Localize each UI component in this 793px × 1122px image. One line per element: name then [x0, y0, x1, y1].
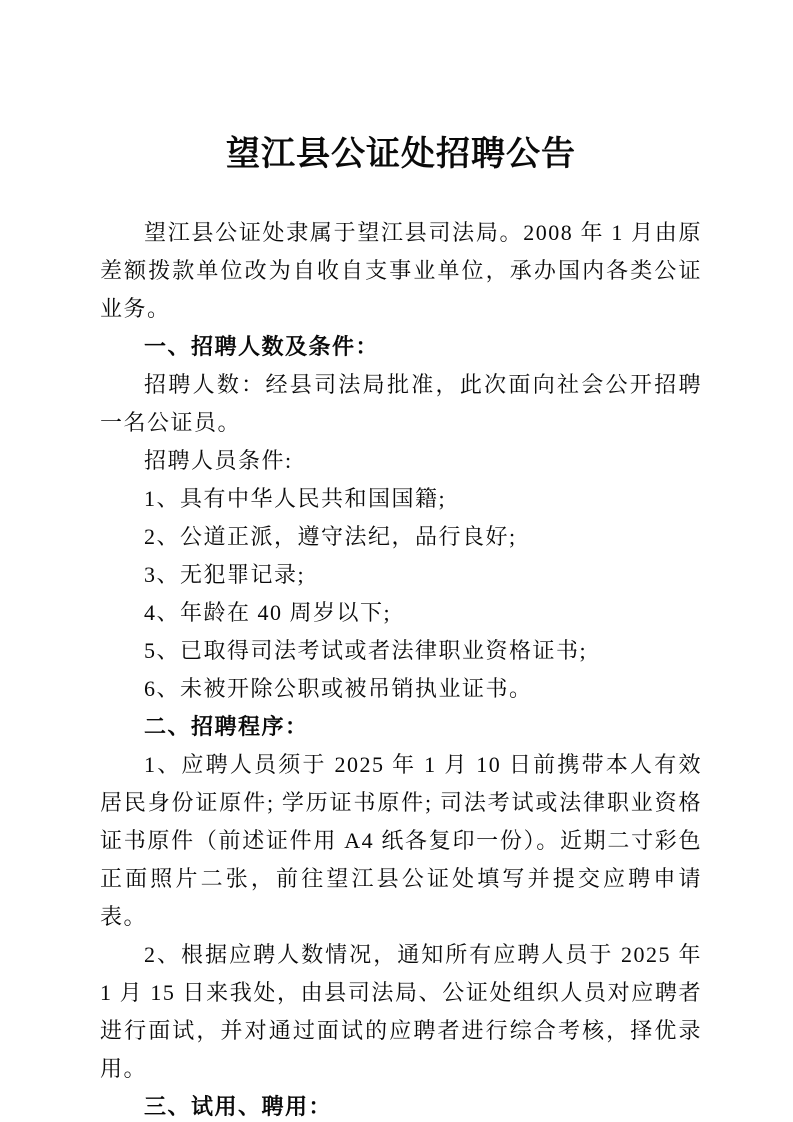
intro-paragraph: 望江县公证处隶属于望江县司法局。2008 年 1 月由原差额拨款单位改为自收自支… — [100, 214, 702, 328]
condition-item-6: 6、未被开除公职或被吊销执业证书。 — [100, 670, 702, 708]
conditions-label: 招聘人员条件: — [100, 442, 702, 480]
condition-item-4: 4、年龄在 40 周岁以下; — [100, 594, 702, 632]
procedure-step-2: 2、根据应聘人数情况，通知所有应聘人员于 2025 年 1 月 15 日来我处，… — [100, 936, 702, 1088]
page-title: 望江县公证处招聘公告 — [100, 132, 702, 178]
condition-item-1: 1、具有中华人民共和国国籍; — [100, 480, 702, 518]
condition-item-2: 2、公道正派，遵守法纪，品行良好; — [100, 518, 702, 556]
section-2-heading: 二、招聘程序： — [100, 708, 702, 746]
condition-item-3: 3、无犯罪记录; — [100, 556, 702, 594]
document-page: 望江县公证处招聘公告 望江县公证处隶属于望江县司法局。2008 年 1 月由原差… — [0, 0, 793, 1122]
section-3-heading: 三、试用、聘用： — [100, 1088, 702, 1122]
recruit-count-paragraph: 招聘人数：经县司法局批准，此次面向社会公开招聘一名公证员。 — [100, 366, 702, 442]
section-1-heading: 一、招聘人数及条件： — [100, 328, 702, 366]
procedure-step-1: 1、应聘人员须于 2025 年 1 月 10 日前携带本人有效居民身份证原件; … — [100, 746, 702, 936]
condition-item-5: 5、已取得司法考试或者法律职业资格证书; — [100, 632, 702, 670]
